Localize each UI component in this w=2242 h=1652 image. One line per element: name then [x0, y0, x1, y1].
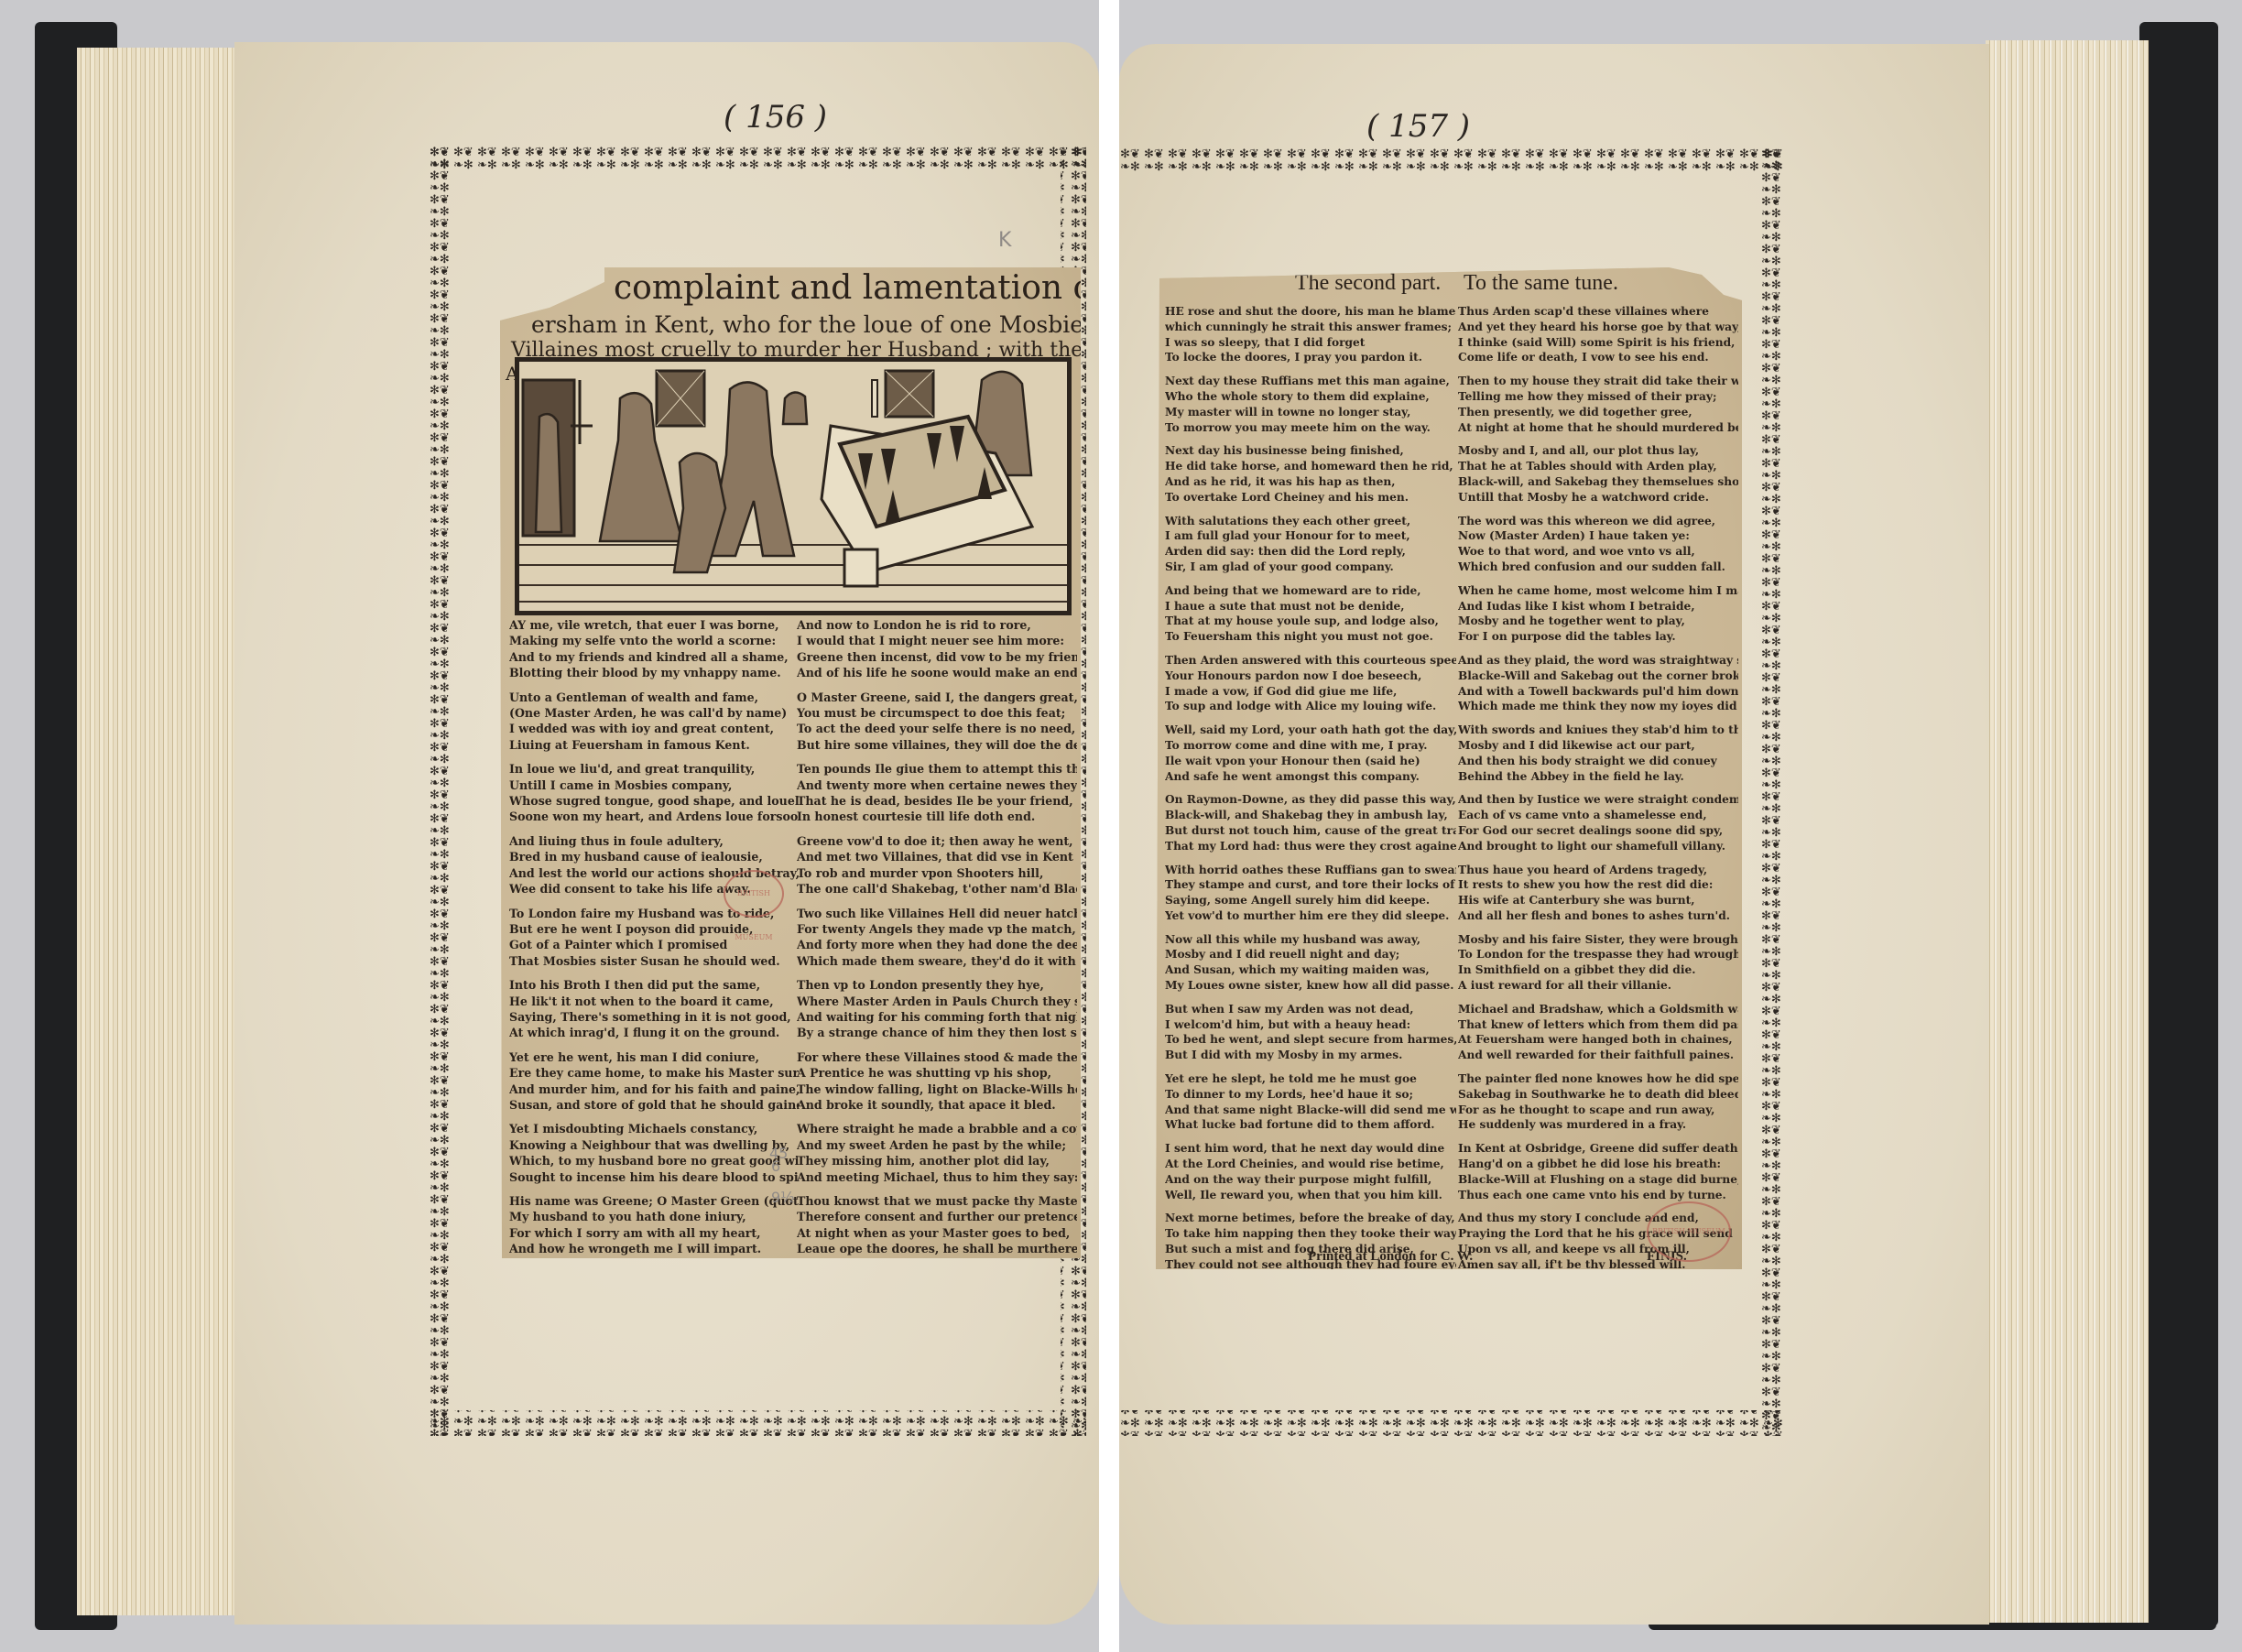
verse-line: And with a Towell backwards pul'd him do… [1458, 684, 1738, 700]
verse-line: And as he rid, it was his hap as then, [1165, 474, 1456, 490]
verse-line: Yet ere he went, his man I did coniure, [509, 1049, 799, 1065]
verse-line: That at my house youle sup, and lodge al… [1165, 614, 1456, 629]
verse-line: Which made them sweare, they'd do it wit… [797, 953, 1077, 969]
stanza: When he came home, most welcome him I ma… [1458, 583, 1738, 645]
same-tune-heading: To the same tune. [1464, 271, 1618, 296]
verse-line: Well, said my Lord, your oath hath got t… [1165, 723, 1456, 738]
gutter-gap [1099, 0, 1119, 1652]
verse-line: For where these Villaines stood & made t… [797, 1049, 1077, 1065]
verse-line: To London for the trespasse they had wro… [1458, 947, 1738, 962]
stanza: O Master Greene, said I, the dangers gre… [797, 690, 1077, 754]
verse-line: Blacke-Will at Flushing on a stage did b… [1458, 1172, 1738, 1188]
verse-line: Mosby and he together went to play, [1458, 614, 1738, 629]
stanza: Yet ere he went, his man I did coniure,E… [509, 1049, 799, 1114]
book-cover-right [2139, 22, 2218, 1626]
verse-line: My Loues owne sister, knew how all did p… [1165, 978, 1456, 994]
verse-line: Greene vow'd to doe it; then away he wen… [797, 833, 1077, 849]
ballad-column-left-1: AY me, vile wretch, that euer I was born… [509, 617, 799, 1337]
verse-line: Greene then incenst, did vow to be my fr… [797, 649, 1077, 665]
stanza: In loue we liu'd, and great tranquility,… [509, 761, 799, 825]
verse-line: His wife at Canterbury she was burnt, [1458, 893, 1738, 908]
stanza: For where these Villaines stood & made t… [797, 1049, 1077, 1114]
verse-line: And now to London he is rid to rore, [797, 617, 1077, 633]
verse-line: Yet vow'd to murther him ere they did sl… [1165, 908, 1456, 924]
page-edges-right [1986, 40, 2149, 1623]
verse-line: For which I sorry am with all my heart, [509, 1225, 799, 1241]
stanza: On Raymon-Downe, as they did passe this … [1165, 792, 1456, 853]
verse-line: Woe to that word, and woe vnto vs all, [1458, 544, 1738, 560]
verse-line: And liuing thus in foule adultery, [509, 833, 799, 849]
stanza: Then to my house they strait did take th… [1458, 374, 1738, 435]
verse-line: And of his life he soone would make an e… [797, 665, 1077, 680]
verse-line: Susan, and store of gold that he should … [509, 1097, 799, 1113]
verse-line: Arden did say: then did the Lord reply, [1165, 544, 1456, 560]
verse-line: Thou knowst that we must packe thy Maste… [797, 1193, 1077, 1209]
library-stamp-left: BRITISH MUSEUM [724, 870, 784, 918]
printer-imprint: Printed at London for C. W. [1308, 1249, 1473, 1265]
verse-line: In Smithfield on a gibbet they did die. [1458, 962, 1738, 978]
page-number-right: ( 157 ) [1366, 108, 1470, 145]
ballad-column-right-1: HE rose and shut the doore, his man he b… [1165, 304, 1456, 1281]
verse-line: Then vp to London presently they hye, [797, 977, 1077, 993]
verse-line: Bred in my husband cause of iealousie, [509, 849, 799, 864]
page-edges-left [77, 48, 237, 1615]
verse-line: And twenty more when certaine newes they… [797, 777, 1077, 793]
stanza: With swords and kniues they stab'd him t… [1458, 723, 1738, 784]
verse-line: And forty more when they had done the de… [797, 937, 1077, 952]
stanza: And as they plaid, the word was straight… [1458, 653, 1738, 714]
verse-line: By a strange chance of him they then los… [797, 1025, 1077, 1040]
stanza: Mosby and I, and all, our plot thus lay,… [1458, 443, 1738, 505]
stanza: His name was Greene; O Master Green (quo… [509, 1193, 799, 1257]
verse-line: For as he thought to scape and run away, [1458, 1103, 1738, 1118]
verse-line: To overtake Lord Cheiney and his men. [1165, 490, 1456, 505]
verse-line: Come life or death, I vow to see his end… [1458, 350, 1738, 365]
verse-line: To sup and lodge with Alice my louing wi… [1165, 699, 1456, 714]
stanza: Mosby and his faire Sister, they were br… [1458, 932, 1738, 994]
stanza: With salutations they each other greet,I… [1165, 514, 1456, 575]
stanza: Now all this while my husband was away,M… [1165, 932, 1456, 994]
verse-line: In Kent at Osbridge, Greene did suffer d… [1458, 1141, 1738, 1157]
verse-line: Black-will, and Sakebag they themselues … [1458, 474, 1738, 490]
stanza: Yet ere he slept, he told me he must goe… [1165, 1071, 1456, 1133]
verse-line: Therefore consent and further our preten… [797, 1209, 1077, 1224]
stanza: But when I saw my Arden was not dead,I w… [1165, 1002, 1456, 1063]
verse-line: Unto a Gentleman of wealth and fame, [509, 690, 799, 705]
verse-line: Knowing a Neighbour that was dwelling by… [509, 1137, 799, 1153]
verse-line: Michael and Bradshaw, which a Goldsmith … [1458, 1002, 1738, 1017]
verse-line: And being that we homeward are to ride, [1165, 583, 1456, 599]
verse-line: Next morne betimes, before the breake of… [1165, 1211, 1456, 1226]
verse-line: Behind the Abbey in the field he lay. [1458, 769, 1738, 785]
verse-line: To act the deed your selfe there is no n… [797, 721, 1077, 736]
verse-line: To bed he went, and slept secure from ha… [1165, 1032, 1456, 1048]
verse-line: I haue a sute that must not be denide, [1165, 599, 1456, 614]
margin-pencil-note-2: 6 [771, 1157, 780, 1175]
verse-line: Yet I misdoubting Michaels constancy, [509, 1121, 799, 1136]
verse-line: And on the way their purpose might fulfi… [1165, 1172, 1456, 1188]
verse-line: And all her flesh and bones to ashes tur… [1458, 908, 1738, 924]
verse-line: But when I saw my Arden was not dead, [1165, 1002, 1456, 1017]
verse-line: It rests to shew you how the rest did di… [1458, 877, 1738, 893]
verse-line: Your Honours pardon now I doe beseech, [1165, 668, 1456, 684]
verse-line: Then Arden answered with this courteous … [1165, 653, 1456, 668]
verse-line: And how he wrongeth me I will impart. [509, 1241, 799, 1256]
stanza: Next day his businesse being finished,He… [1165, 443, 1456, 505]
verse-line: The one call'd Shakebag, t'other nam'd B… [797, 881, 1077, 897]
verse-line: They stampe and curst, and tore their lo… [1165, 877, 1456, 893]
verse-line: He suddenly was murdered in a fray. [1458, 1117, 1738, 1133]
verse-line: I would that I might neuer see him more: [797, 633, 1077, 648]
verse-line: To Feuersham this night you must not goe… [1165, 629, 1456, 645]
verse-line: Then to my house they strait did take th… [1458, 374, 1738, 389]
stanza: Ten pounds Ile giue them to attempt this… [797, 761, 1077, 825]
verse-line: At night at home that he should murdered… [1458, 420, 1738, 436]
verse-line: Liuing at Feuersham in famous Kent. [509, 737, 799, 753]
verse-line: And Iudas like I kist whom I betraide, [1458, 599, 1738, 614]
verse-line: Mosby and I did reuell night and day; [1165, 947, 1456, 962]
verse-line: O Master Greene, said I, the dangers gre… [797, 690, 1077, 705]
stanza: Yet I misdoubting Michaels constancy,Kno… [509, 1121, 799, 1185]
verse-line: But I did with my Mosby in my armes. [1165, 1048, 1456, 1063]
verse-line: Saying, There's something in it is not g… [509, 1009, 799, 1025]
verse-line: To morrow come and dine with me, I pray. [1165, 738, 1456, 754]
verse-line: Hang'd on a gibbet he did lose his breat… [1458, 1157, 1738, 1172]
verse-line: Thus Arden scap'd these villaines where [1458, 304, 1738, 320]
verse-line: With salutations they each other greet, [1165, 514, 1456, 529]
verse-line: And my sweet Arden he past by the while; [797, 1137, 1077, 1153]
verse-line: On Raymon-Downe, as they did passe this … [1165, 792, 1456, 808]
stanza: The painter fled none knowes how he did … [1458, 1071, 1738, 1133]
verse-line: At Feuersham were hanged both in chaines… [1458, 1032, 1738, 1048]
verse-line: Untill I came in Mosbies company, [509, 777, 799, 793]
stanza: And then by Iustice we were straight con… [1458, 792, 1738, 853]
verse-line: Thus haue you heard of Ardens tragedy, [1458, 863, 1738, 878]
stanza: Two such like Villaines Hell did neuer h… [797, 906, 1077, 970]
verse-line: I sent him word, that he next day would … [1165, 1141, 1456, 1157]
verse-line: To morrow you may meete him on the way. [1165, 420, 1456, 436]
stanza: Greene vow'd to doe it; then away he wen… [797, 833, 1077, 897]
verse-line: Ere they came home, to make his Master s… [509, 1065, 799, 1081]
verse-line: Who the whole story to them did explaine… [1165, 389, 1456, 405]
verse-line: Leaue ope the doores, he shall be murthe… [797, 1241, 1077, 1256]
verse-line: Mosby and his faire Sister, they were br… [1458, 932, 1738, 948]
ballad-sheet-left: complaint and lamentation of Mistresse A… [495, 255, 1081, 1258]
library-stamp-right: BRITISH MUSEUM [1647, 1201, 1731, 1262]
verse-line: To dinner to my Lords, hee'd haue it so; [1165, 1087, 1456, 1103]
verse-line: Blacke-Will and Sakebag out the corner b… [1458, 668, 1738, 684]
verse-line: My husband to you hath done iniury, [509, 1209, 799, 1224]
verse-line: And waiting for his comming forth that n… [797, 1009, 1077, 1025]
stanza: Then vp to London presently they hye,Whe… [797, 977, 1077, 1041]
woodcut-scene-icon [519, 362, 1067, 611]
verse-line: Yet ere he slept, he told me he must goe [1165, 1071, 1456, 1087]
verse-line: With horrid oathes these Ruffians gan to… [1165, 863, 1456, 878]
verse-line: And murder him, and for his faith and pa… [509, 1081, 799, 1097]
verse-line: Which, to my husband bore no great good … [509, 1153, 799, 1168]
verse-line: Ile wait vpon your Honour then (said he) [1165, 754, 1456, 769]
stanza: Next day these Ruffians met this man aga… [1165, 374, 1456, 435]
stanza: The word was this whereon we did agree,N… [1458, 514, 1738, 575]
verse-line: When he came home, most welcome him I ma… [1458, 583, 1738, 599]
verse-line: That my Lord had: thus were they crost a… [1165, 839, 1456, 854]
verse-line: Saying, some Angell surely him did keepe… [1165, 893, 1456, 908]
verse-line: Mosby and I, and all, our plot thus lay, [1458, 443, 1738, 459]
verse-line: And broke it soundly, that apace it bled… [797, 1097, 1077, 1113]
stanza: And being that we homeward are to ride,I… [1165, 583, 1456, 645]
verse-line: AY me, vile wretch, that euer I was born… [509, 617, 799, 633]
verse-line: Mosby and I did likewise act our part, [1458, 738, 1738, 754]
verse-line: which cunningly he strait this answer fr… [1165, 320, 1456, 335]
verse-line: In honest courtesie till life doth end. [797, 809, 1077, 824]
verse-line: Now (Master Arden) I haue taken ye: [1458, 528, 1738, 544]
verse-line: And to my friends and kindred all a sham… [509, 649, 799, 665]
stanza: In Kent at Osbridge, Greene did suffer d… [1458, 1141, 1738, 1202]
verse-line: Soone won my heart, and Ardens loue fors… [509, 809, 799, 824]
verse-line: I made a vow, if God did giue me life, [1165, 684, 1456, 700]
verse-line: And as they plaid, the word was straight… [1458, 653, 1738, 668]
verse-line: That knew of letters which from them did… [1458, 1017, 1738, 1033]
stanza: Then Arden answered with this courteous … [1165, 653, 1456, 714]
page-number-left: ( 156 ) [724, 99, 827, 136]
verse-line: The painter fled none knowes how he did … [1458, 1071, 1738, 1087]
verse-line: To take him napping then they tooke thei… [1165, 1226, 1456, 1242]
verse-line: And then his body straight we did conuey [1458, 754, 1738, 769]
verse-line: Which made me think they now my ioyes di… [1458, 699, 1738, 714]
verse-line: For God our secret dealings soone did sp… [1458, 823, 1738, 839]
verse-line: Untill that Mosby he a watchword cride. [1458, 490, 1738, 505]
verse-line: At which inrag'd, I flung it on the grou… [509, 1025, 799, 1040]
verse-line: At night when as your Master goes to bed… [797, 1225, 1077, 1241]
verse-line: And safe he went amongst this company. [1165, 769, 1456, 785]
verse-line: (One Master Arden, he was call'd by name… [509, 705, 799, 721]
verse-line: What lucke bad fortune did to them affor… [1165, 1117, 1456, 1133]
verse-line: Ten pounds Ile giue them to attempt this… [797, 761, 1077, 777]
stanza: AY me, vile wretch, that euer I was born… [509, 617, 799, 681]
stanza: With horrid oathes these Ruffians gan to… [1165, 863, 1456, 924]
verse-line: Sought to incense him his deare blood to… [509, 1169, 799, 1185]
verse-line: Next day his businesse being finished, [1165, 443, 1456, 459]
verse-line: That he is dead, besides Ile be your fri… [797, 793, 1077, 809]
verse-line: And well rewarded for their faithfull pa… [1458, 1048, 1738, 1063]
verse-line: To rob and murder vpon Shooters hill, [797, 865, 1077, 881]
stanza: Thus Arden scap'd these villaines whereA… [1458, 304, 1738, 365]
verse-line: Sakebag in Southwarke he to death did bl… [1458, 1087, 1738, 1103]
verse-line: Now all this while my husband was away, [1165, 932, 1456, 948]
verse-line: The word was this whereon we did agree, [1458, 514, 1738, 529]
stanza: And now to London he is rid to rore,I wo… [797, 617, 1077, 681]
stanza: I sent him word, that he next day would … [1165, 1141, 1456, 1202]
verse-line: Then presently, we did together gree, [1458, 405, 1738, 420]
verse-line: Two such like Villaines Hell did neuer h… [797, 906, 1077, 921]
margin-pencil-note-3: 9½ [771, 1189, 795, 1206]
verse-line: A iust reward for all their villanie. [1458, 978, 1738, 994]
verse-line: Whose sugred tongue, good shape, and lou… [509, 793, 799, 809]
verse-line: But durst not touch him, cause of the gr… [1165, 823, 1456, 839]
verse-line: A Prentice he was shutting vp his shop, [797, 1065, 1077, 1081]
ballad-column-right-2: Thus Arden scap'd these villaines whereA… [1458, 304, 1738, 1281]
verse-line: For twenty Angels they made vp the match… [797, 921, 1077, 937]
verse-line: Making my selfe vnto the world a scorne: [509, 633, 799, 648]
ballad-sheet-right: The second part. To the same tune. HE ro… [1156, 267, 1742, 1269]
verse-line: Telling me how they missed of their pray… [1458, 389, 1738, 405]
verse-line: I thinke (said Will) some Spirit is his … [1458, 335, 1738, 351]
verse-line: And then by Iustice we were straight con… [1458, 792, 1738, 808]
verse-line: And that same night Blacke-will did send… [1165, 1103, 1456, 1118]
stanza: Into his Broth I then did put the same,H… [509, 977, 799, 1041]
stanza: Unto a Gentleman of wealth and fame,(One… [509, 690, 799, 754]
verse-line: Where Master Arden in Pauls Church they … [797, 994, 1077, 1009]
verse-line: At the Lord Cheinies, and would rise bet… [1165, 1157, 1456, 1172]
verse-line: He did take horse, and homeward then he … [1165, 459, 1456, 474]
verse-line: HE rose and shut the doore, his man he b… [1165, 304, 1456, 320]
verse-line: With swords and kniues they stab'd him t… [1458, 723, 1738, 738]
verse-line: And meeting Michael, thus to him they sa… [797, 1169, 1077, 1185]
verse-line: I wedded was with ioy and great content, [509, 721, 799, 736]
verse-line: I welcom'd him, but with a heauy head: [1165, 1017, 1456, 1033]
verse-line: I was so sleepy, that I did forget [1165, 335, 1456, 351]
stanza: Well, said my Lord, your oath hath got t… [1165, 723, 1456, 784]
verse-line: For I on purpose did the tables lay. [1458, 629, 1738, 645]
verse-line: That he at Tables should with Arden play… [1458, 459, 1738, 474]
verse-line: To locke the doores, I pray you pardon i… [1165, 350, 1456, 365]
verse-line: Well, Ile reward you, when that you him … [1165, 1188, 1456, 1203]
verse-line: And brought to light our shamefull villa… [1458, 839, 1738, 854]
verse-line: Where straight he made a brabble and a c… [797, 1121, 1077, 1136]
verse-line: You must be circumspect to doe this feat… [797, 705, 1077, 721]
verse-line: They missing him, another plot did lay, [797, 1153, 1077, 1168]
stanza: Where straight he made a brabble and a c… [797, 1121, 1077, 1185]
stanza: Thus haue you heard of Ardens tragedy,It… [1458, 863, 1738, 924]
verse-line: The window falling, light on Blacke-Will… [797, 1081, 1077, 1097]
woodcut-illustration [515, 357, 1072, 615]
verse-line: Into his Broth I then did put the same, [509, 977, 799, 993]
verse-line: And met two Villaines, that did vse in K… [797, 849, 1077, 864]
ballad-column-left-2: And now to London he is rid to rore,I wo… [797, 617, 1077, 1337]
stanza: Thou knowst that we must packe thy Maste… [797, 1193, 1077, 1257]
verse-line: Each of vs came vnto a shamelesse end, [1458, 808, 1738, 823]
verse-line: Next day these Ruffians met this man aga… [1165, 374, 1456, 389]
stanza: Michael and Bradshaw, which a Goldsmith … [1458, 1002, 1738, 1063]
verse-line: He lik't it not when to the board it cam… [509, 994, 799, 1009]
verse-line: Blotting their blood by my vnhappy name. [509, 665, 799, 680]
verse-line: But hire some villaines, they will doe t… [797, 737, 1077, 753]
verse-line: Which bred confusion and our sudden fall… [1458, 560, 1738, 575]
verse-line: My master will in towne no longer stay, [1165, 405, 1456, 420]
stanza: HE rose and shut the doore, his man he b… [1165, 304, 1456, 365]
verse-line: Black-will, and Shakebag they in ambush … [1165, 808, 1456, 823]
verse-line: In loue we liu'd, and great tranquility, [509, 761, 799, 777]
verse-line: Sir, I am glad of your good company. [1165, 560, 1456, 575]
verse-line: Thus each one came vnto his end by turne… [1458, 1188, 1738, 1203]
verse-line: And Susan, which my waiting maiden was, [1165, 962, 1456, 978]
verse-line: I am full glad your Honour for to meet, [1165, 528, 1456, 544]
verse-line: His name was Greene; O Master Green (quo… [509, 1193, 799, 1209]
verse-line: And yet they heard his horse goe by that… [1458, 320, 1738, 335]
